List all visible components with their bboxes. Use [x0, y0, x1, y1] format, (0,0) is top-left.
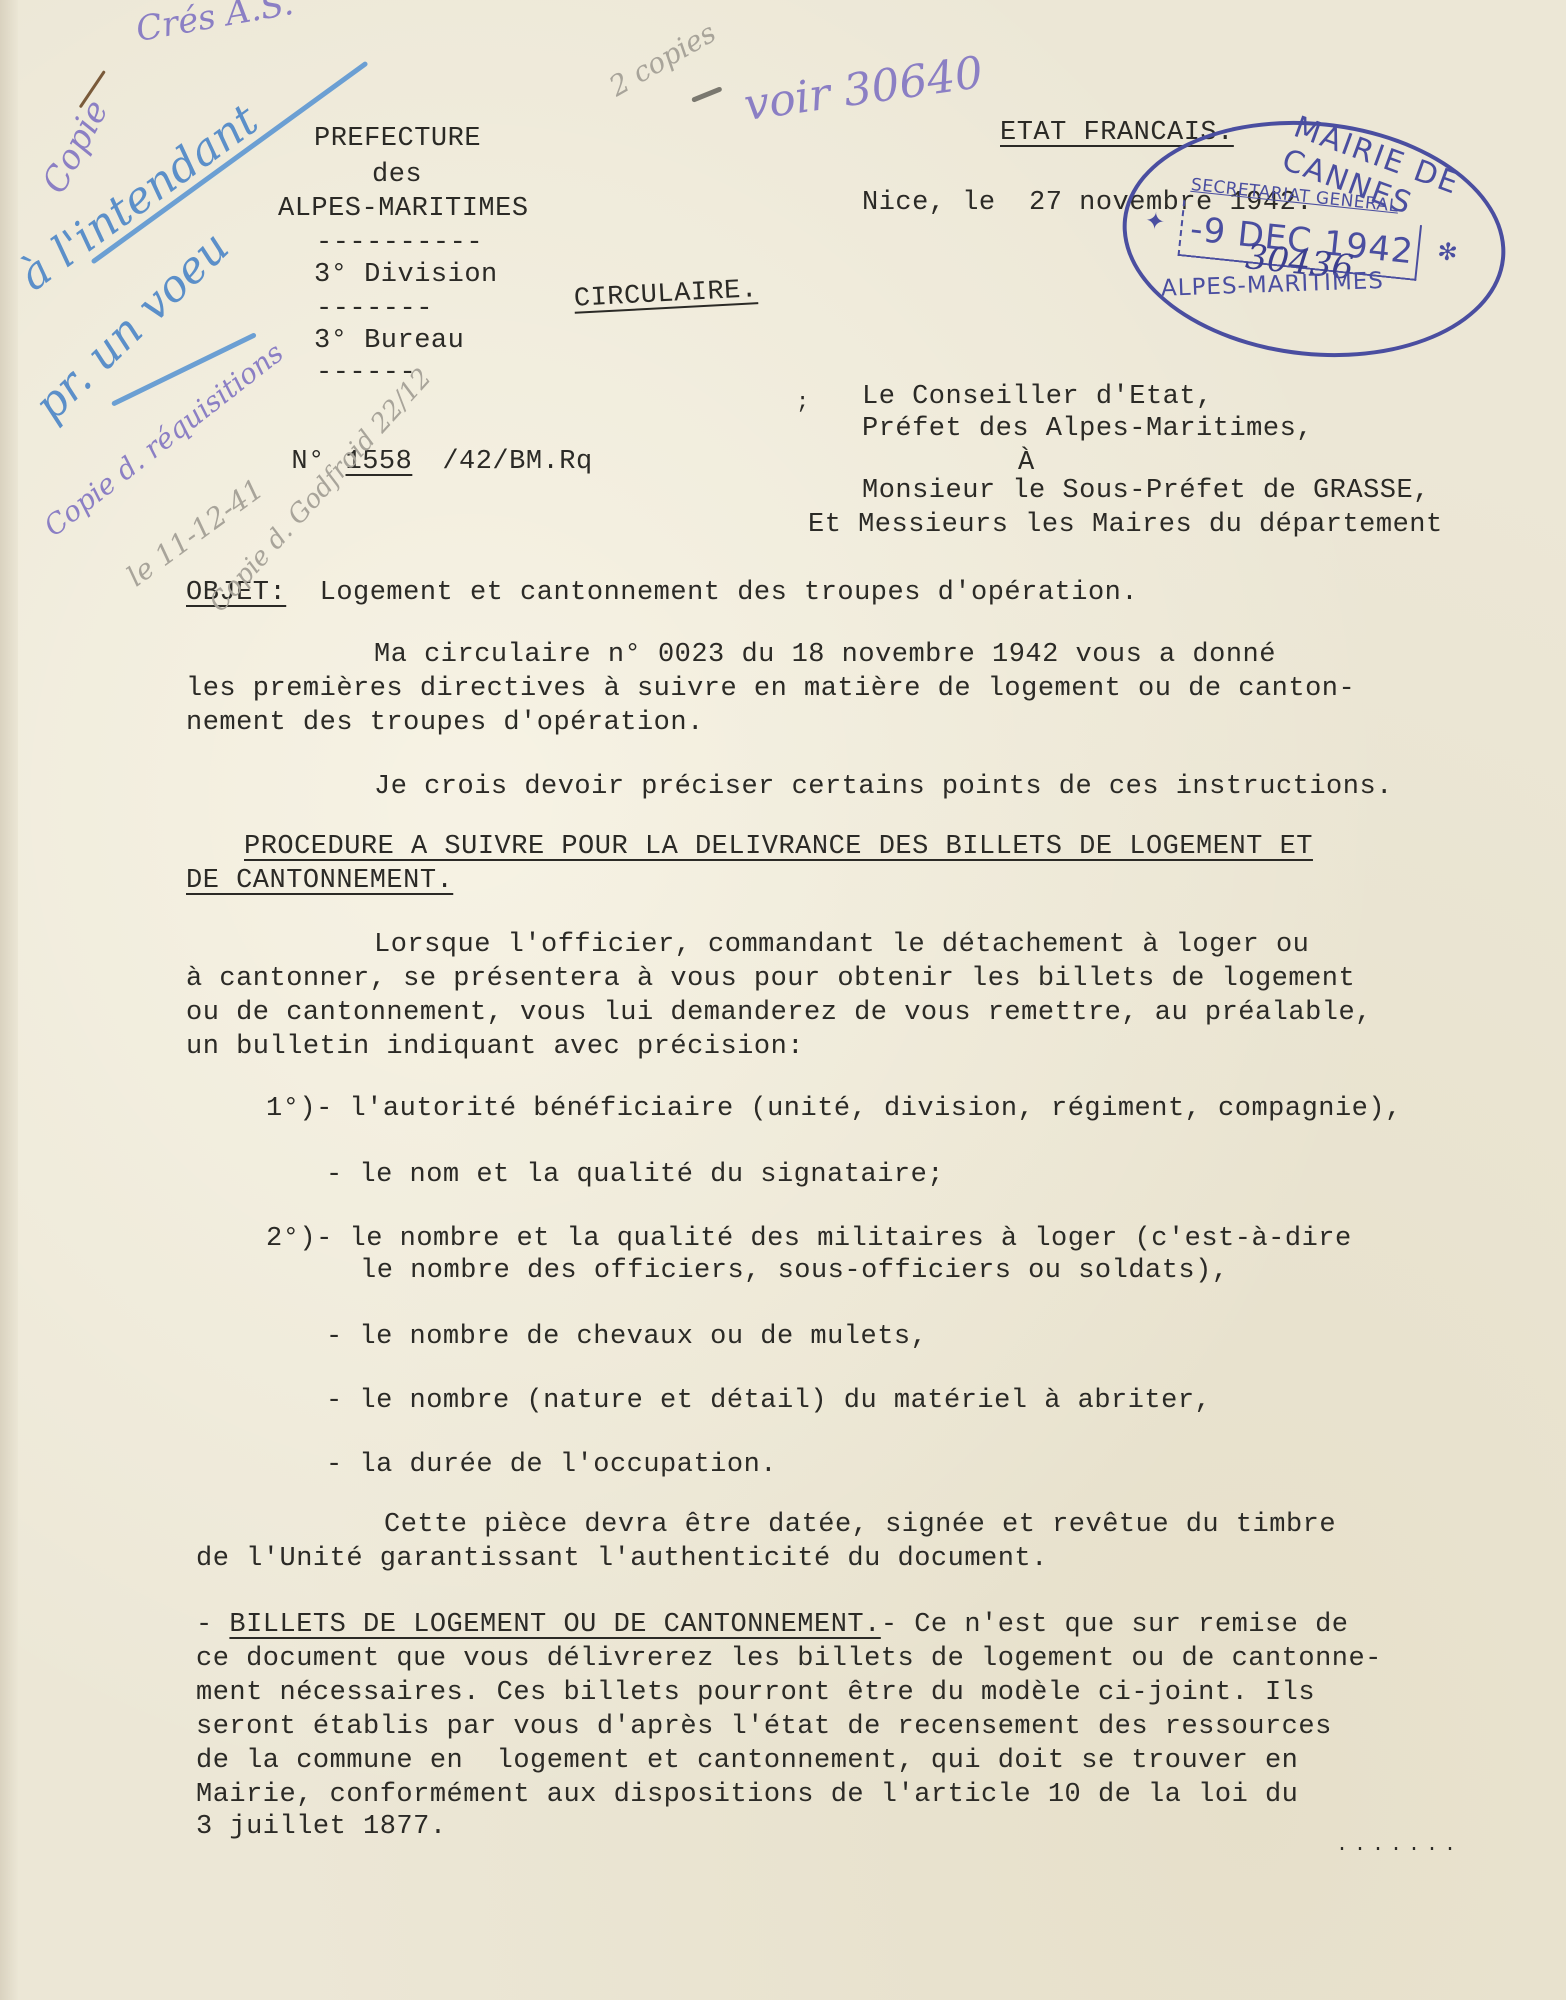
- section-heading-billets: BILLETS DE LOGEMENT OU DE CANTONNEMENT.: [229, 1610, 880, 1640]
- paragraph-line: ce document que vous délivrerez les bill…: [196, 1646, 1382, 1673]
- paragraph-line: de la commune en logement et cantonnemen…: [196, 1748, 1298, 1775]
- recipient-line-1: Monsieur le Sous-Préfet de GRASSE,: [862, 478, 1430, 505]
- department-name: ALPES-MARITIMES: [278, 196, 529, 223]
- list-marker: -: [326, 1160, 343, 1190]
- list-marker: -: [326, 1450, 343, 1480]
- recipient-marker: À: [1018, 450, 1035, 477]
- paragraph-line: ment nécessaires. Ces billets pourront ê…: [196, 1680, 1315, 1707]
- list-item: - la durée de l'occupation.: [326, 1452, 777, 1479]
- paragraph-line: les premières directives à suivre en mat…: [186, 676, 1355, 703]
- separator-line: ----------: [316, 230, 483, 257]
- reference-number: N° 1558/42/BM.Rq: [258, 422, 593, 476]
- recipient-line-2: Et Messieurs les Maires du département: [808, 512, 1443, 539]
- margin-mark: ;: [796, 392, 810, 414]
- separator-line: -------: [316, 296, 433, 323]
- sender-title: Le Conseiller d'Etat,: [862, 384, 1213, 411]
- paragraph-line: seront établis par vous d'après l'état d…: [196, 1714, 1332, 1741]
- list-item: 2°)- le nombre et la qualité des militai…: [266, 1226, 1352, 1253]
- list-item: - le nombre de chevaux ou de mulets,: [326, 1324, 927, 1351]
- list-marker: -: [326, 1386, 343, 1416]
- paragraph-line: Cette pièce devra être datée, signée et …: [384, 1512, 1336, 1539]
- list-marker: 2°)-: [266, 1224, 333, 1254]
- page-edge: [0, 0, 18, 2000]
- prefecture-heading: PREFECTURE: [314, 126, 481, 153]
- paragraph-line: Ma circulaire n° 0023 du 18 novembre 194…: [374, 642, 1276, 669]
- list-item: - le nombre (nature et détail) du matéri…: [326, 1388, 1211, 1415]
- list-marker: -: [326, 1322, 343, 1352]
- paragraph-line: nement des troupes d'opération.: [186, 710, 704, 737]
- list-item: - le nom et la qualité du signataire;: [326, 1162, 944, 1189]
- paragraph-line: de l'Unité garantissant l'authenticité d…: [196, 1546, 1048, 1573]
- division-label: 3° Division: [314, 262, 498, 289]
- section-dash: -: [196, 1610, 213, 1640]
- section-heading-procedure: PROCEDURE A SUIVRE POUR LA DELIVRANCE DE…: [244, 834, 1313, 861]
- paragraph-line: Je crois devoir préciser certains points…: [374, 774, 1393, 801]
- section-billets-line: - BILLETS DE LOGEMENT OU DE CANTONNEMENT…: [196, 1612, 1349, 1639]
- object-line: OBJET: Logement et cantonnement des trou…: [186, 580, 1138, 607]
- continuation-dots: .......: [1336, 1834, 1462, 1857]
- paragraph-line: 3 juillet 1877.: [196, 1814, 447, 1841]
- paragraph-line: à cantonner, se présentera à vous pour o…: [186, 966, 1355, 993]
- section-heading-procedure-cont: DE CANTONNEMENT.: [186, 868, 453, 895]
- object-text: Logement et cantonnement des troupes d'o…: [320, 578, 1138, 608]
- bureau-label: 3° Bureau: [314, 328, 464, 355]
- star-icon: ✻: [1436, 237, 1459, 267]
- paragraph-line: ou de cantonnement, vous lui demanderez …: [186, 1000, 1372, 1027]
- stamp-bottom-text: ALPES-MARITIMES: [1161, 268, 1385, 302]
- reference-suffix: /42/BM.Rq: [442, 447, 592, 477]
- star-icon: ✦: [1144, 206, 1167, 236]
- prefecture-des: des: [372, 162, 422, 189]
- list-item: 1°)- l'autorité bénéficiaire (unité, div…: [266, 1096, 1402, 1123]
- list-item-continuation: le nombre des officiers, sous-officiers …: [360, 1258, 1229, 1285]
- list-marker: 1°)-: [266, 1094, 333, 1124]
- sender-office: Préfet des Alpes-Maritimes,: [862, 416, 1313, 443]
- paragraph-line: Lorsque l'officier, commandant le détach…: [374, 932, 1309, 959]
- paragraph-line: un bulletin indiquant avec précision:: [186, 1034, 804, 1061]
- paragraph-line: Mairie, conformément aux dispositions de…: [196, 1782, 1298, 1809]
